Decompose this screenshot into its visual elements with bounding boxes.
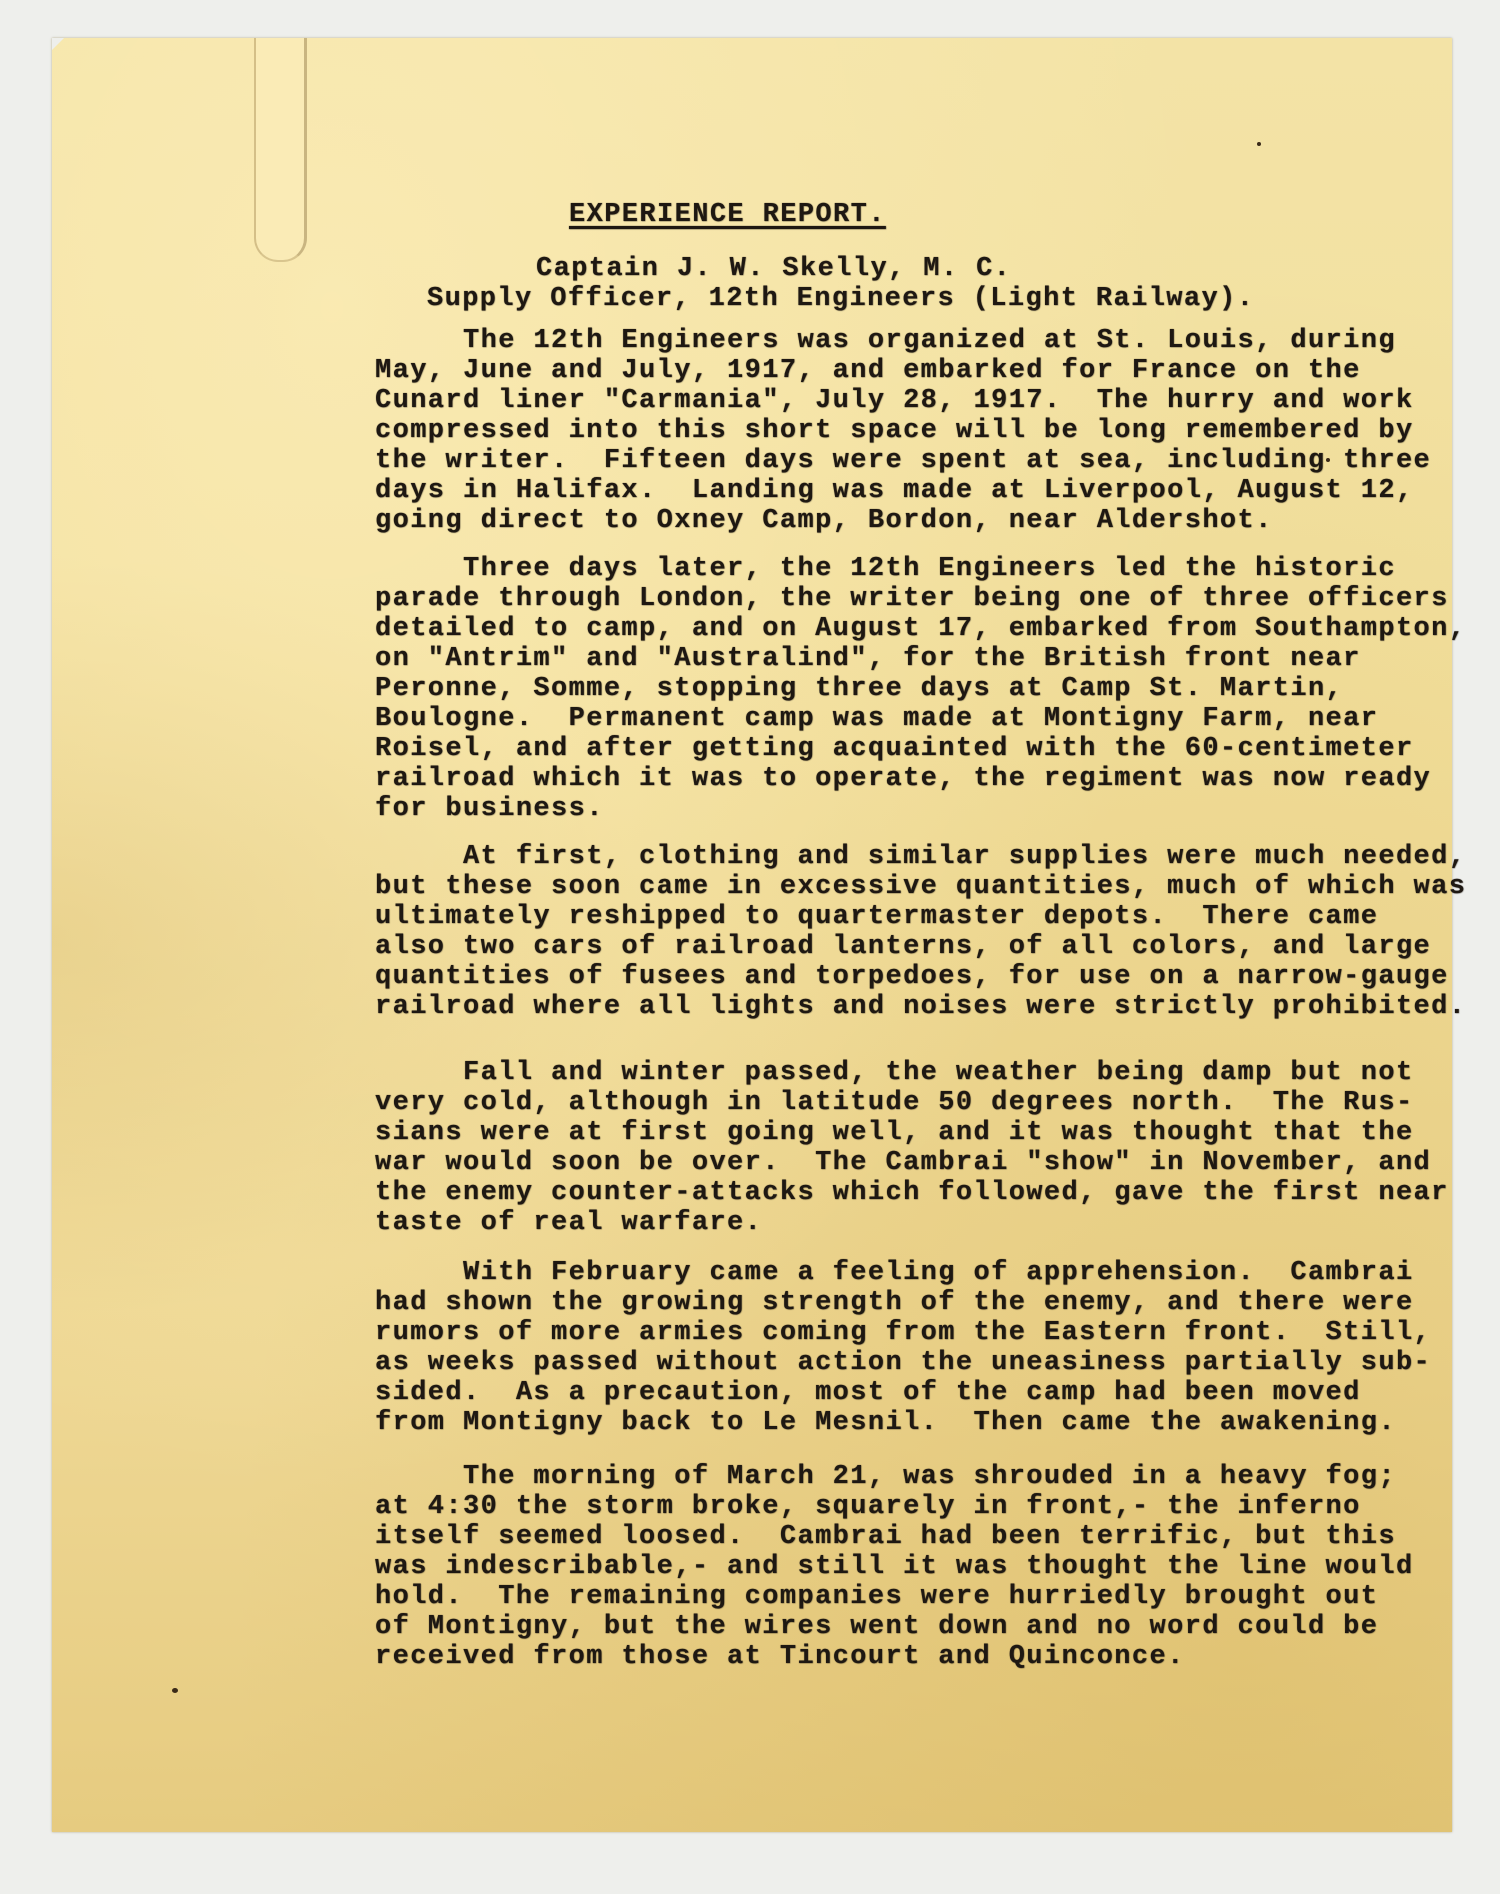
paragraph-6: The morning of March 21, was shrouded in… — [375, 1462, 1375, 1672]
text-line: quantities of fusees and torpedoes, for … — [375, 962, 1375, 992]
text-line: hold. The remaining companies were hurri… — [375, 1582, 1375, 1612]
report-heading: EXPERIENCE REPORT. — [569, 200, 886, 230]
text-line: taste of real warfare. — [375, 1208, 1375, 1238]
typewritten-page: EXPERIENCE REPORT. Captain J. W. Skelly,… — [52, 38, 1452, 1832]
text-line: The 12th Engineers was organized at St. … — [375, 326, 1375, 356]
author-name: Captain J. W. Skelly, M. C. — [536, 254, 1011, 284]
text-line: for business. — [375, 794, 1375, 824]
paragraph-4: Fall and winter passed, the weather bein… — [375, 1058, 1375, 1238]
text-line: the writer. Fifteen days were spent at s… — [375, 446, 1375, 476]
text-line: but these soon came in excessive quantit… — [375, 872, 1375, 902]
paper-clip-impression — [254, 38, 307, 262]
text-line: Three days later, the 12th Engineers led… — [375, 554, 1375, 584]
text-line: war would soon be over. The Cambrai "sho… — [375, 1148, 1375, 1178]
text-line: Roisel, and after getting acquainted wit… — [375, 734, 1375, 764]
paragraph-2: Three days later, the 12th Engineers led… — [375, 554, 1375, 824]
ink-speck — [1257, 142, 1261, 146]
text-line: very cold, although in latitude 50 degre… — [375, 1088, 1375, 1118]
text-line: at 4:30 the storm broke, squarely in fro… — [375, 1492, 1375, 1522]
paragraph-3: At first, clothing and similar supplies … — [375, 842, 1375, 1022]
text-line: received from those at Tincourt and Quin… — [375, 1642, 1375, 1672]
text-line: had shown the growing strength of the en… — [375, 1288, 1375, 1318]
text-line: days in Halifax. Landing was made at Liv… — [375, 476, 1375, 506]
text-line: ultimately reshipped to quartermaster de… — [375, 902, 1375, 932]
text-line: sided. As a precaution, most of the camp… — [375, 1378, 1375, 1408]
text-line: compressed into this short space will be… — [375, 416, 1375, 446]
text-line: With February came a feeling of apprehen… — [375, 1258, 1375, 1288]
paragraph-1: The 12th Engineers was organized at St. … — [375, 326, 1375, 536]
text-line: on "Antrim" and "Australind", for the Br… — [375, 644, 1375, 674]
ink-speck — [172, 1688, 178, 1693]
text-line: sians were at first going well, and it w… — [375, 1118, 1375, 1148]
text-line: Boulogne. Permanent camp was made at Mon… — [375, 704, 1375, 734]
text-line: railroad which it was to operate, the re… — [375, 764, 1375, 794]
text-line: Fall and winter passed, the weather bein… — [375, 1058, 1375, 1088]
text-line: as weeks passed without action the uneas… — [375, 1348, 1375, 1378]
author-role: Supply Officer, 12th Engineers (Light Ra… — [427, 284, 1254, 314]
ink-speck — [1326, 458, 1330, 462]
text-line: the enemy counter-attacks which followed… — [375, 1178, 1375, 1208]
text-line: going direct to Oxney Camp, Bordon, near… — [375, 506, 1375, 536]
text-line: parade through London, the writer being … — [375, 584, 1375, 614]
text-line: railroad where all lights and noises wer… — [375, 992, 1375, 1022]
text-line: also two cars of railroad lanterns, of a… — [375, 932, 1375, 962]
text-line: Cunard liner "Carmania", July 28, 1917. … — [375, 386, 1375, 416]
text-line: of Montigny, but the wires went down and… — [375, 1612, 1375, 1642]
text-line: rumors of more armies coming from the Ea… — [375, 1318, 1375, 1348]
text-line: The morning of March 21, was shrouded in… — [375, 1462, 1375, 1492]
text-line: from Montigny back to Le Mesnil. Then ca… — [375, 1408, 1375, 1438]
text-line: May, June and July, 1917, and embarked f… — [375, 356, 1375, 386]
text-line: was indescribable,- and still it was tho… — [375, 1552, 1375, 1582]
text-line: itself seemed loosed. Cambrai had been t… — [375, 1522, 1375, 1552]
text-line: Peronne, Somme, stopping three days at C… — [375, 674, 1375, 704]
text-line: At first, clothing and similar supplies … — [375, 842, 1375, 872]
folded-corner — [52, 38, 64, 50]
paragraph-5: With February came a feeling of apprehen… — [375, 1258, 1375, 1438]
text-line: detailed to camp, and on August 17, emba… — [375, 614, 1375, 644]
